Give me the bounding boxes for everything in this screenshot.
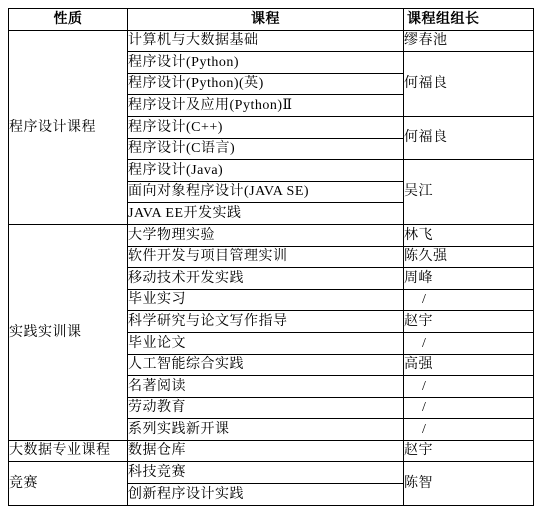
header-course: 课程	[128, 9, 404, 31]
leader-cell: 周峰	[404, 268, 534, 290]
leader-cell: 陈久强	[404, 246, 534, 268]
leader-cell: 缪春池	[404, 30, 534, 52]
nature-cell: 竞赛	[9, 462, 128, 505]
header-row: 性质课程课程组组长	[9, 9, 534, 31]
course-cell: 毕业实习	[128, 289, 404, 311]
document-page: 性质课程课程组组长 程序设计课程计算机与大数据基础缪春池程序设计(Python)…	[0, 0, 542, 513]
course-cell: 科技竞赛	[128, 462, 404, 484]
leader-cell: /	[404, 397, 534, 419]
nature-cell: 大数据专业课程	[9, 440, 128, 462]
course-cell: 劳动教育	[128, 397, 404, 419]
header-nature: 性质	[9, 9, 128, 31]
course-cell: 科学研究与论文写作指导	[128, 311, 404, 333]
leader-cell: 赵宇	[404, 311, 534, 333]
leader-cell: /	[404, 376, 534, 398]
course-cell: 系列实践新开课	[128, 419, 404, 441]
table-row: 大数据专业课程数据仓库赵宇	[9, 440, 534, 462]
course-cell: 名著阅读	[128, 376, 404, 398]
leader-cell: 林飞	[404, 224, 534, 246]
table-row: 竞赛科技竞赛陈智	[9, 462, 534, 484]
leader-cell: 何福良	[404, 52, 534, 117]
table-row: 程序设计课程计算机与大数据基础缪春池	[9, 30, 534, 52]
leader-cell: 高强	[404, 354, 534, 376]
leader-cell: 赵宇	[404, 440, 534, 462]
course-cell: 软件开发与项目管理实训	[128, 246, 404, 268]
course-cell: 程序设计及应用(Python)Ⅱ	[128, 95, 404, 117]
course-cell: 毕业论文	[128, 332, 404, 354]
course-cell: 面向对象程序设计(JAVA SE)	[128, 181, 404, 203]
leader-cell: 吴江	[404, 160, 534, 225]
table-body: 程序设计课程计算机与大数据基础缪春池程序设计(Python)何福良程序设计(Py…	[9, 30, 534, 505]
course-cell: 大学物理实验	[128, 224, 404, 246]
course-cell: 程序设计(Java)	[128, 160, 404, 182]
course-cell: 程序设计(Python)	[128, 52, 404, 74]
course-cell: 程序设计(C++)	[128, 116, 404, 138]
leader-cell: /	[404, 289, 534, 311]
course-cell: JAVA EE开发实践	[128, 203, 404, 225]
leader-cell: /	[404, 419, 534, 441]
table-header-row: 性质课程课程组组长	[9, 9, 534, 31]
course-cell: 数据仓库	[128, 440, 404, 462]
course-cell: 程序设计(Python)(英)	[128, 73, 404, 95]
leader-cell: /	[404, 332, 534, 354]
course-leader-table: 性质课程课程组组长 程序设计课程计算机与大数据基础缪春池程序设计(Python)…	[8, 8, 534, 506]
nature-cell: 程序设计课程	[9, 30, 128, 224]
leader-cell: 陈智	[404, 462, 534, 505]
course-cell: 程序设计(C语言)	[128, 138, 404, 160]
header-leader: 课程组组长	[404, 9, 534, 31]
table-row: 实践实训课大学物理实验林飞	[9, 224, 534, 246]
course-cell: 人工智能综合实践	[128, 354, 404, 376]
nature-cell: 实践实训课	[9, 224, 128, 440]
course-cell: 计算机与大数据基础	[128, 30, 404, 52]
course-cell: 创新程序设计实践	[128, 484, 404, 506]
course-cell: 移动技术开发实践	[128, 268, 404, 290]
leader-cell: 何福良	[404, 116, 534, 159]
